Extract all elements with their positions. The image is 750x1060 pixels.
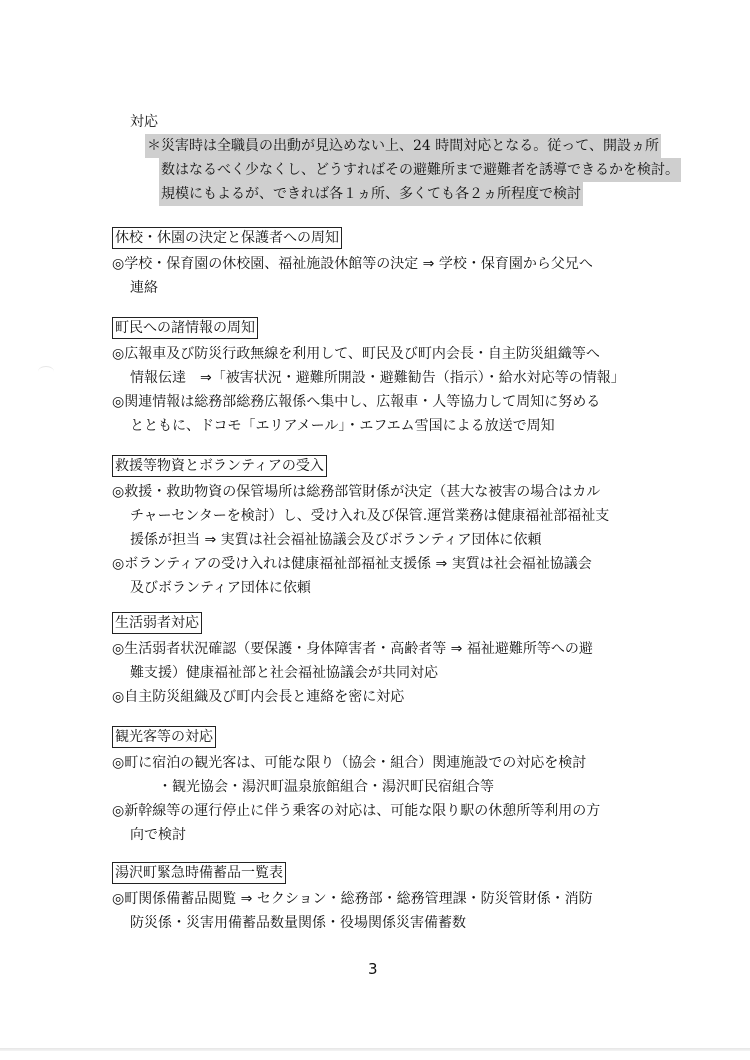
bullet-item: ◎町に宿泊の観光客は、可能な限り（協会・組合）関連施設での対応を検討: [112, 751, 672, 775]
bullet-continuation: 情報伝達 ⇒「被害状況・避難所開設・避難勧告（指示）・給水対応等の情報」: [112, 366, 672, 390]
bullet-item: ◎生活弱者状況確認（要保護・身体障害者・高齢者等 ⇒ 福祉避難所等への避: [112, 637, 672, 661]
sub-item: ・観光協会・湯沢町温泉旅館組合・湯沢町民宿組合等: [112, 775, 672, 799]
bullet-continuation: 防災係・災害用備蓄品数量関係・役場関係災害備蓄数: [112, 911, 672, 935]
section-emergency-supplies: 湯沢町緊急時備蓄品一覧表 ◎町関係備蓄品閲覧 ⇒ セクション・総務部・総務管理課…: [112, 861, 672, 935]
highlight-line: ＊災害時は全職員の出動が見込めない上、24 時間対応となる。従って、開設ヵ所: [145, 134, 661, 158]
section-title: 町民への諸情報の周知: [112, 317, 258, 339]
bullet-item: ◎新幹線等の運行停止に伴う乗客の対応は、可能な限り駅の休憩所等利用の方: [112, 799, 672, 823]
bullet-continuation: とともに、ドコモ「エリアメール」・エフエム雪国による放送で周知: [112, 414, 672, 438]
highlighted-note: ＊災害時は全職員の出動が見込めない上、24 時間対応となる。従って、開設ヵ所 数…: [145, 134, 665, 206]
bullet-item: ◎自主防災組織及び町内会長と連絡を密に対応: [112, 685, 672, 709]
bullet-continuation: 及びボランティア団体に依頼: [112, 576, 672, 600]
bullet-item: ◎学校・保育園の休校園、福祉施設休館等の決定 ⇒ 学校・保育園から父兄へ: [112, 252, 672, 276]
page-bottom-edge: [0, 1048, 750, 1051]
intro-label: 対応: [130, 112, 158, 132]
section-title: 休校・休園の決定と保護者への周知: [112, 227, 342, 249]
bullet-item: ◎町関係備蓄品閲覧 ⇒ セクション・総務部・総務管理課・防災管財係・消防: [112, 887, 672, 911]
bullet-continuation: 難支援）健康福祉部と社会福祉協議会が共同対応: [112, 661, 672, 685]
section-school-closure: 休校・休園の決定と保護者への周知 ◎学校・保育園の休校園、福祉施設休館等の決定 …: [112, 226, 672, 300]
section-title: 生活弱者対応: [112, 612, 202, 634]
bullet-continuation: 連絡: [112, 276, 672, 300]
section-title: 観光客等の対応: [112, 726, 216, 748]
highlight-row: ＊災害時は全職員の出動が見込めない上、24 時間対応となる。従って、開設ヵ所: [145, 134, 665, 158]
section-title: 救援等物資とボランティアの受入: [112, 455, 327, 477]
bullet-item: ◎広報車及び防災行政無線を利用して、町民及び町内会長・自主防災組織等へ: [112, 342, 672, 366]
bullet-continuation: チャーセンターを検討）し、受け入れ及び保管.運営業務は健康福祉部福祉支: [112, 504, 672, 528]
highlight-line: 数はなるべく少なくし、どうすればその避難所まで避難者を誘導できるかを検討。: [159, 158, 681, 182]
bullet-continuation: 援係が担当 ⇒ 実質は社会福祉協議会及びボランティア団体に依頼: [112, 528, 672, 552]
highlight-line: 規模にもよるが、できれば各１ヵ所、多くても各２ヵ所程度で検討: [159, 182, 583, 206]
highlight-row: 数はなるべく少なくし、どうすればその避難所まで避難者を誘導できるかを検討。: [145, 158, 665, 182]
scan-artifact: [38, 366, 54, 377]
bullet-item: ◎ボランティアの受け入れは健康福祉部福祉支援係 ⇒ 実質は社会福祉協議会: [112, 552, 672, 576]
bullet-continuation: 向で検討: [112, 823, 672, 847]
section-public-info: 町民への諸情報の周知 ◎広報車及び防災行政無線を利用して、町民及び町内会長・自主…: [112, 316, 672, 438]
section-vulnerable-support: 生活弱者対応 ◎生活弱者状況確認（要保護・身体障害者・高齢者等 ⇒ 福祉避難所等…: [112, 611, 672, 709]
document-page: 対応 ＊災害時は全職員の出動が見込めない上、24 時間対応となる。従って、開設ヵ…: [0, 0, 750, 1060]
highlight-row: 規模にもよるが、できれば各１ヵ所、多くても各２ヵ所程度で検討: [145, 182, 665, 206]
section-tourists: 観光客等の対応 ◎町に宿泊の観光客は、可能な限り（協会・組合）関連施設での対応を…: [112, 725, 672, 847]
section-relief-volunteers: 救援等物資とボランティアの受入 ◎救援・救助物資の保管場所は総務部管財係が決定（…: [112, 454, 672, 600]
page-number: 3: [368, 960, 378, 978]
bullet-item: ◎救援・救助物資の保管場所は総務部管財係が決定（甚大な被害の場合はカル: [112, 480, 672, 504]
bullet-item: ◎関連情報は総務部総務広報係へ集中し、広報車・人等協力して周知に努める: [112, 390, 672, 414]
section-title: 湯沢町緊急時備蓄品一覧表: [112, 862, 286, 884]
